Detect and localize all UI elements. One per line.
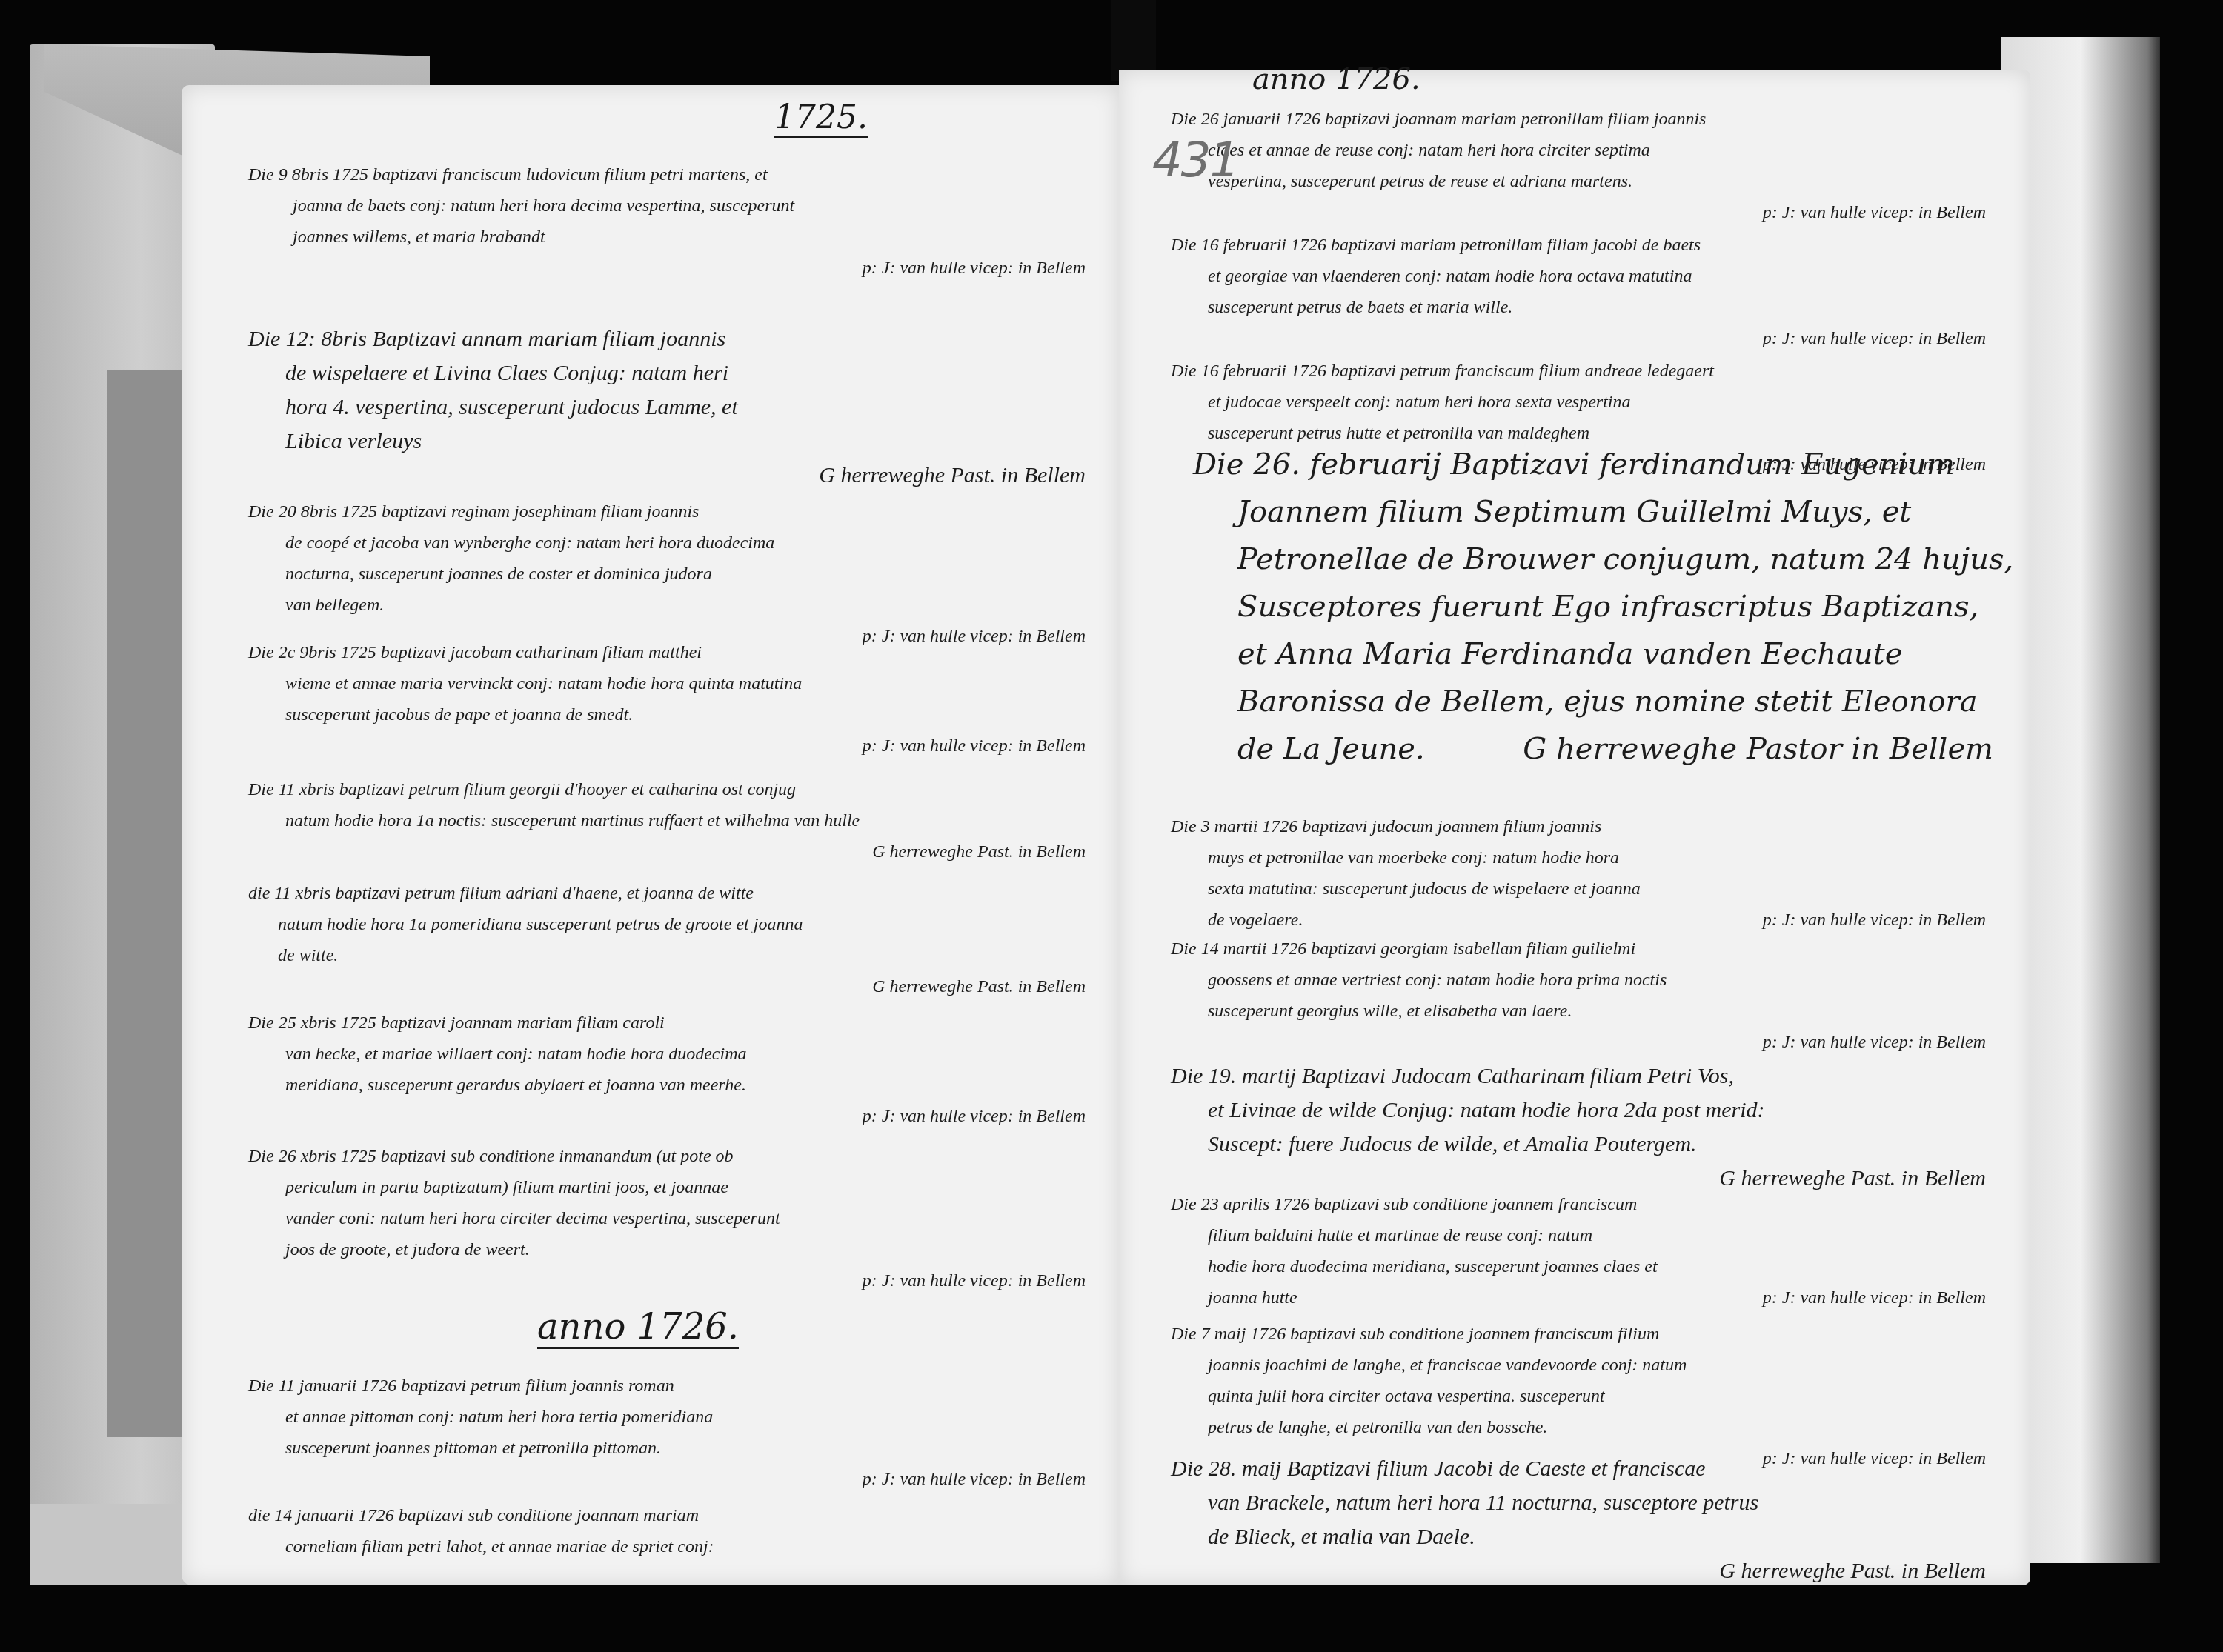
baptism-entry: Die 25 xbris 1725 baptizavi joannam mari… bbox=[248, 1007, 1100, 1132]
baptism-entry: Die 20 8bris 1725 baptizavi reginam jose… bbox=[248, 496, 1100, 652]
signature: G herreweghe Past. in Bellem bbox=[248, 836, 1100, 867]
baptism-entry-featured: Die 26. februarij Baptizavi ferdinandum … bbox=[1193, 441, 2008, 773]
left-page: 1725. Die 9 8bris 1725 baptizavi francis… bbox=[182, 85, 1119, 1585]
baptism-entry: Die 26 xbris 1725 baptizavi sub conditio… bbox=[248, 1141, 1100, 1296]
signature: G herreweghe Past. in Bellem bbox=[1171, 1554, 2001, 1588]
baptism-entry: Die 12: 8bris Baptizavi annam mariam fil… bbox=[248, 322, 1100, 493]
book-spine-gap bbox=[1111, 0, 1156, 81]
baptism-entry: die 11 xbris baptizavi petrum filium adr… bbox=[248, 878, 1100, 1002]
signature: p: J: van hulle vicep: in Bellem bbox=[248, 730, 1100, 762]
baptism-entry: Die 7 maij 1726 baptizavi sub conditione… bbox=[1171, 1319, 2001, 1474]
baptism-entry: Die 11 xbris baptizavi petrum filium geo… bbox=[248, 774, 1100, 867]
baptism-entry: Die 9 8bris 1725 baptizavi franciscum lu… bbox=[248, 159, 1100, 284]
right-page: anno 1726. Die 26 januarii 1726 baptizav… bbox=[1119, 70, 2030, 1585]
signature: p: J: van hulle vicep: in Bellem bbox=[1171, 1027, 2001, 1058]
baptism-entry: Die 19. martij Baptizavi Judocam Cathari… bbox=[1171, 1059, 2001, 1196]
year-heading-1726-right: anno 1726. bbox=[1252, 63, 1420, 96]
baptism-entry: Die 3 martii 1726 baptizavi judocum joan… bbox=[1171, 811, 2001, 936]
baptism-entry: Die 28. maij Baptizavi filium Jacobi de … bbox=[1171, 1452, 2001, 1588]
signature: p: J: van hulle vicep: in Bellem bbox=[248, 1464, 1100, 1495]
folio-number: 431 bbox=[1152, 133, 1238, 188]
signature: G herreweghe Past. in Bellem bbox=[248, 459, 1100, 493]
year-heading-1726: anno 1726. bbox=[537, 1308, 739, 1349]
baptism-entry: Die 11 januarii 1726 baptizavi petrum fi… bbox=[248, 1370, 1100, 1495]
baptism-entry: Die 14 martii 1726 baptizavi georgiam is… bbox=[1171, 933, 2001, 1058]
baptism-entry: Die 23 aprilis 1726 baptizavi sub condit… bbox=[1171, 1189, 2001, 1313]
baptism-entry: die 14 januarii 1726 baptizavi sub condi… bbox=[248, 1500, 1100, 1562]
baptism-entry: Die 26 januarii 1726 baptizavi joannam m… bbox=[1171, 104, 2001, 228]
year-heading-1725: 1725. bbox=[774, 100, 868, 138]
signature: p: J: van hulle vicep: in Bellem bbox=[1171, 323, 2001, 354]
signature: p: J: van hulle vicep: in Bellem bbox=[248, 253, 1100, 284]
signature: p: J: van hulle vicep: in Bellem bbox=[248, 1101, 1100, 1132]
signature: G herreweghe Pastor in Bellem bbox=[1523, 725, 2008, 773]
signature: p: J: van hulle vicep: in Bellem bbox=[248, 1265, 1100, 1296]
baptism-entry: Die 16 februarii 1726 baptizavi mariam p… bbox=[1171, 230, 2001, 354]
signature: G herreweghe Past. in Bellem bbox=[248, 971, 1100, 1002]
baptism-entry: Die 2c 9bris 1725 baptizavi jacobam cath… bbox=[248, 637, 1100, 762]
signature: p: J: van hulle vicep: in Bellem bbox=[1171, 197, 2001, 228]
